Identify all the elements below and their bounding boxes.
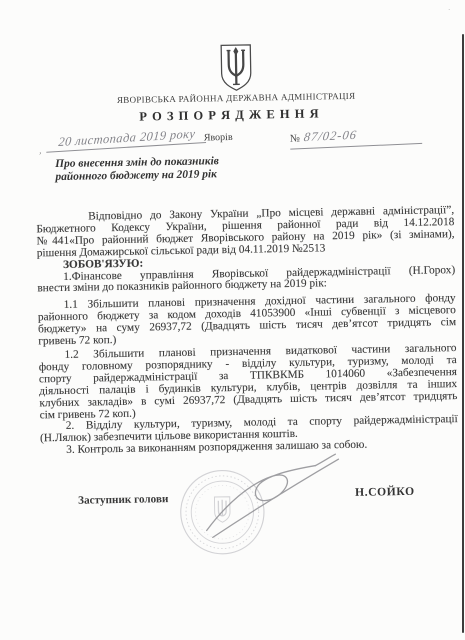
signature-scribble [195, 450, 347, 545]
city-label: Яворів [204, 132, 233, 144]
subject-line: районного бюджету на 2019 рік [55, 168, 219, 183]
number-sign: № [290, 133, 301, 144]
document-sheet: ЯВОРІВСЬКА РАЙОННА ДЕРЖАВНА АДМІНІСТРАЦІ… [0, 0, 465, 640]
handwritten-number: 87/02-06 [303, 128, 358, 145]
scanned-document-page: ЯВОРІВСЬКА РАЙОННА ДЕРЖАВНА АДМІНІСТРАЦІ… [0, 0, 465, 640]
scan-speck-artifact: · [448, 6, 450, 15]
scan-speck-artifact: ’ [37, 151, 42, 160]
coat-of-arms-icon [219, 44, 253, 93]
signer-title: Заступник голови [78, 493, 169, 507]
document-number: № 87/02-06 [289, 123, 422, 150]
signer-name: Н.СОЙКО [355, 485, 415, 499]
scan-edge-artifact [462, 34, 465, 633]
subject-title: Про внесення змін до показників районног… [55, 155, 219, 183]
handwritten-date: 20 листопада 2019 року [46, 126, 207, 153]
document-body: Відповідно до Закону України „Про місцев… [36, 205, 458, 457]
